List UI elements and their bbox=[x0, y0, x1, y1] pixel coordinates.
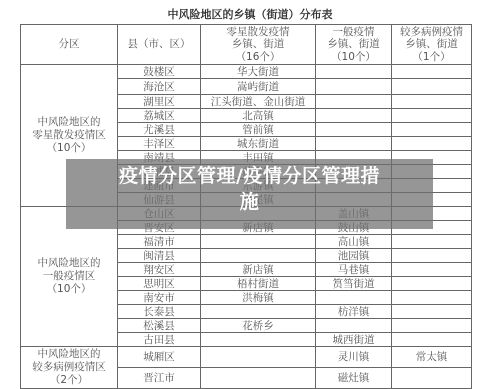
county-cell: 南安市 bbox=[118, 291, 201, 305]
sporadic-cell bbox=[201, 333, 316, 347]
many-cell bbox=[392, 368, 472, 389]
table-title: 中风险地区的乡镇（街道）分布表 bbox=[0, 6, 500, 22]
county-cell: 长泰县 bbox=[118, 305, 201, 319]
county-cell: 尤溪县 bbox=[118, 123, 201, 137]
many-cell bbox=[392, 65, 472, 79]
county-cell: 丰泽区 bbox=[118, 137, 201, 151]
many-cell: 常太镇 bbox=[392, 347, 472, 368]
sporadic-cell: 江头街道、金山街道 bbox=[201, 95, 316, 109]
sporadic-cell: 新店镇 bbox=[201, 263, 316, 277]
general-cell: 枋洋镇 bbox=[316, 305, 392, 319]
general-cell bbox=[316, 319, 392, 333]
many-cell bbox=[392, 319, 472, 333]
table-row: 中风险地区的较多病例疫情区（2个） 城厢区 灵川镇 常太镇 bbox=[21, 347, 472, 368]
general-cell: 马巷镇 bbox=[316, 263, 392, 277]
caption-line-2: 施 bbox=[66, 189, 433, 215]
sporadic-cell bbox=[201, 305, 316, 319]
many-cell bbox=[392, 123, 472, 137]
sporadic-cell: 北高镇 bbox=[201, 109, 316, 123]
county-cell: 古田县 bbox=[118, 333, 201, 347]
county-cell: 湖里区 bbox=[118, 95, 201, 109]
general-cell: 灵川镇 bbox=[316, 347, 392, 368]
general-cell bbox=[316, 137, 392, 151]
general-cell bbox=[316, 109, 392, 123]
general-cell bbox=[316, 95, 392, 109]
general-cell: 筼筜街道 bbox=[316, 277, 392, 291]
general-cell bbox=[316, 79, 392, 95]
many-cell bbox=[392, 95, 472, 109]
many-cell bbox=[392, 79, 472, 95]
table-row: 中风险地区的零星散发疫情区（10个） 鼓楼区 华大街道 bbox=[21, 65, 472, 79]
header-many: 较多病例疫情乡镇、街道（1个） bbox=[392, 25, 472, 65]
general-cell bbox=[316, 65, 392, 79]
caption-line-1: 疫情分区管理/疫情分区管理措 bbox=[66, 163, 433, 189]
header-sporadic: 零星散发疫情乡镇、街道（16个） bbox=[201, 25, 316, 65]
general-cell bbox=[316, 123, 392, 137]
county-cell: 荔城区 bbox=[118, 109, 201, 123]
county-cell: 海沧区 bbox=[118, 79, 201, 95]
county-cell: 闽清县 bbox=[118, 249, 201, 263]
general-cell: 高山镇 bbox=[316, 235, 392, 249]
general-cell bbox=[316, 291, 392, 305]
sporadic-cell: 花桥乡 bbox=[201, 319, 316, 333]
sporadic-cell: 嵩屿街道 bbox=[201, 79, 316, 95]
county-cell: 城厢区 bbox=[118, 347, 201, 368]
sporadic-cell: 洪梅镇 bbox=[201, 291, 316, 305]
header-zone: 分区 bbox=[21, 25, 118, 65]
general-cell: 城西街道 bbox=[316, 333, 392, 347]
general-cell: 池园镇 bbox=[316, 249, 392, 263]
header-county: 县（市、区） bbox=[118, 25, 201, 65]
many-cell bbox=[392, 305, 472, 319]
many-cell bbox=[392, 263, 472, 277]
many-cell bbox=[392, 137, 472, 151]
county-cell: 松溪县 bbox=[118, 319, 201, 333]
sporadic-cell bbox=[201, 347, 316, 368]
many-cell bbox=[392, 249, 472, 263]
header-row: 分区 县（市、区） 零星散发疫情乡镇、街道（16个） 一般疫情乡镇、街道（10个… bbox=[21, 25, 472, 65]
county-cell: 翔安区 bbox=[118, 263, 201, 277]
county-cell: 思明区 bbox=[118, 277, 201, 291]
sporadic-cell: 梧村街道 bbox=[201, 277, 316, 291]
county-cell: 晋江市 bbox=[118, 368, 201, 389]
many-cell bbox=[392, 291, 472, 305]
sporadic-cell bbox=[201, 368, 316, 389]
sporadic-cell bbox=[201, 249, 316, 263]
general-cell: 磁灶镇 bbox=[316, 368, 392, 389]
group-cell-many: 中风险地区的较多病例疫情区（2个） bbox=[21, 347, 118, 389]
county-cell: 福清市 bbox=[118, 235, 201, 249]
many-cell bbox=[392, 333, 472, 347]
many-cell bbox=[392, 235, 472, 249]
many-cell bbox=[392, 277, 472, 291]
caption-text: 疫情分区管理/疫情分区管理措 施 bbox=[66, 163, 433, 215]
many-cell bbox=[392, 109, 472, 123]
sporadic-cell bbox=[201, 235, 316, 249]
sporadic-cell: 华大街道 bbox=[201, 65, 316, 79]
county-cell: 鼓楼区 bbox=[118, 65, 201, 79]
sporadic-cell: 管前镇 bbox=[201, 123, 316, 137]
header-general: 一般疫情乡镇、街道（10个） bbox=[316, 25, 392, 65]
sporadic-cell: 城东街道 bbox=[201, 137, 316, 151]
